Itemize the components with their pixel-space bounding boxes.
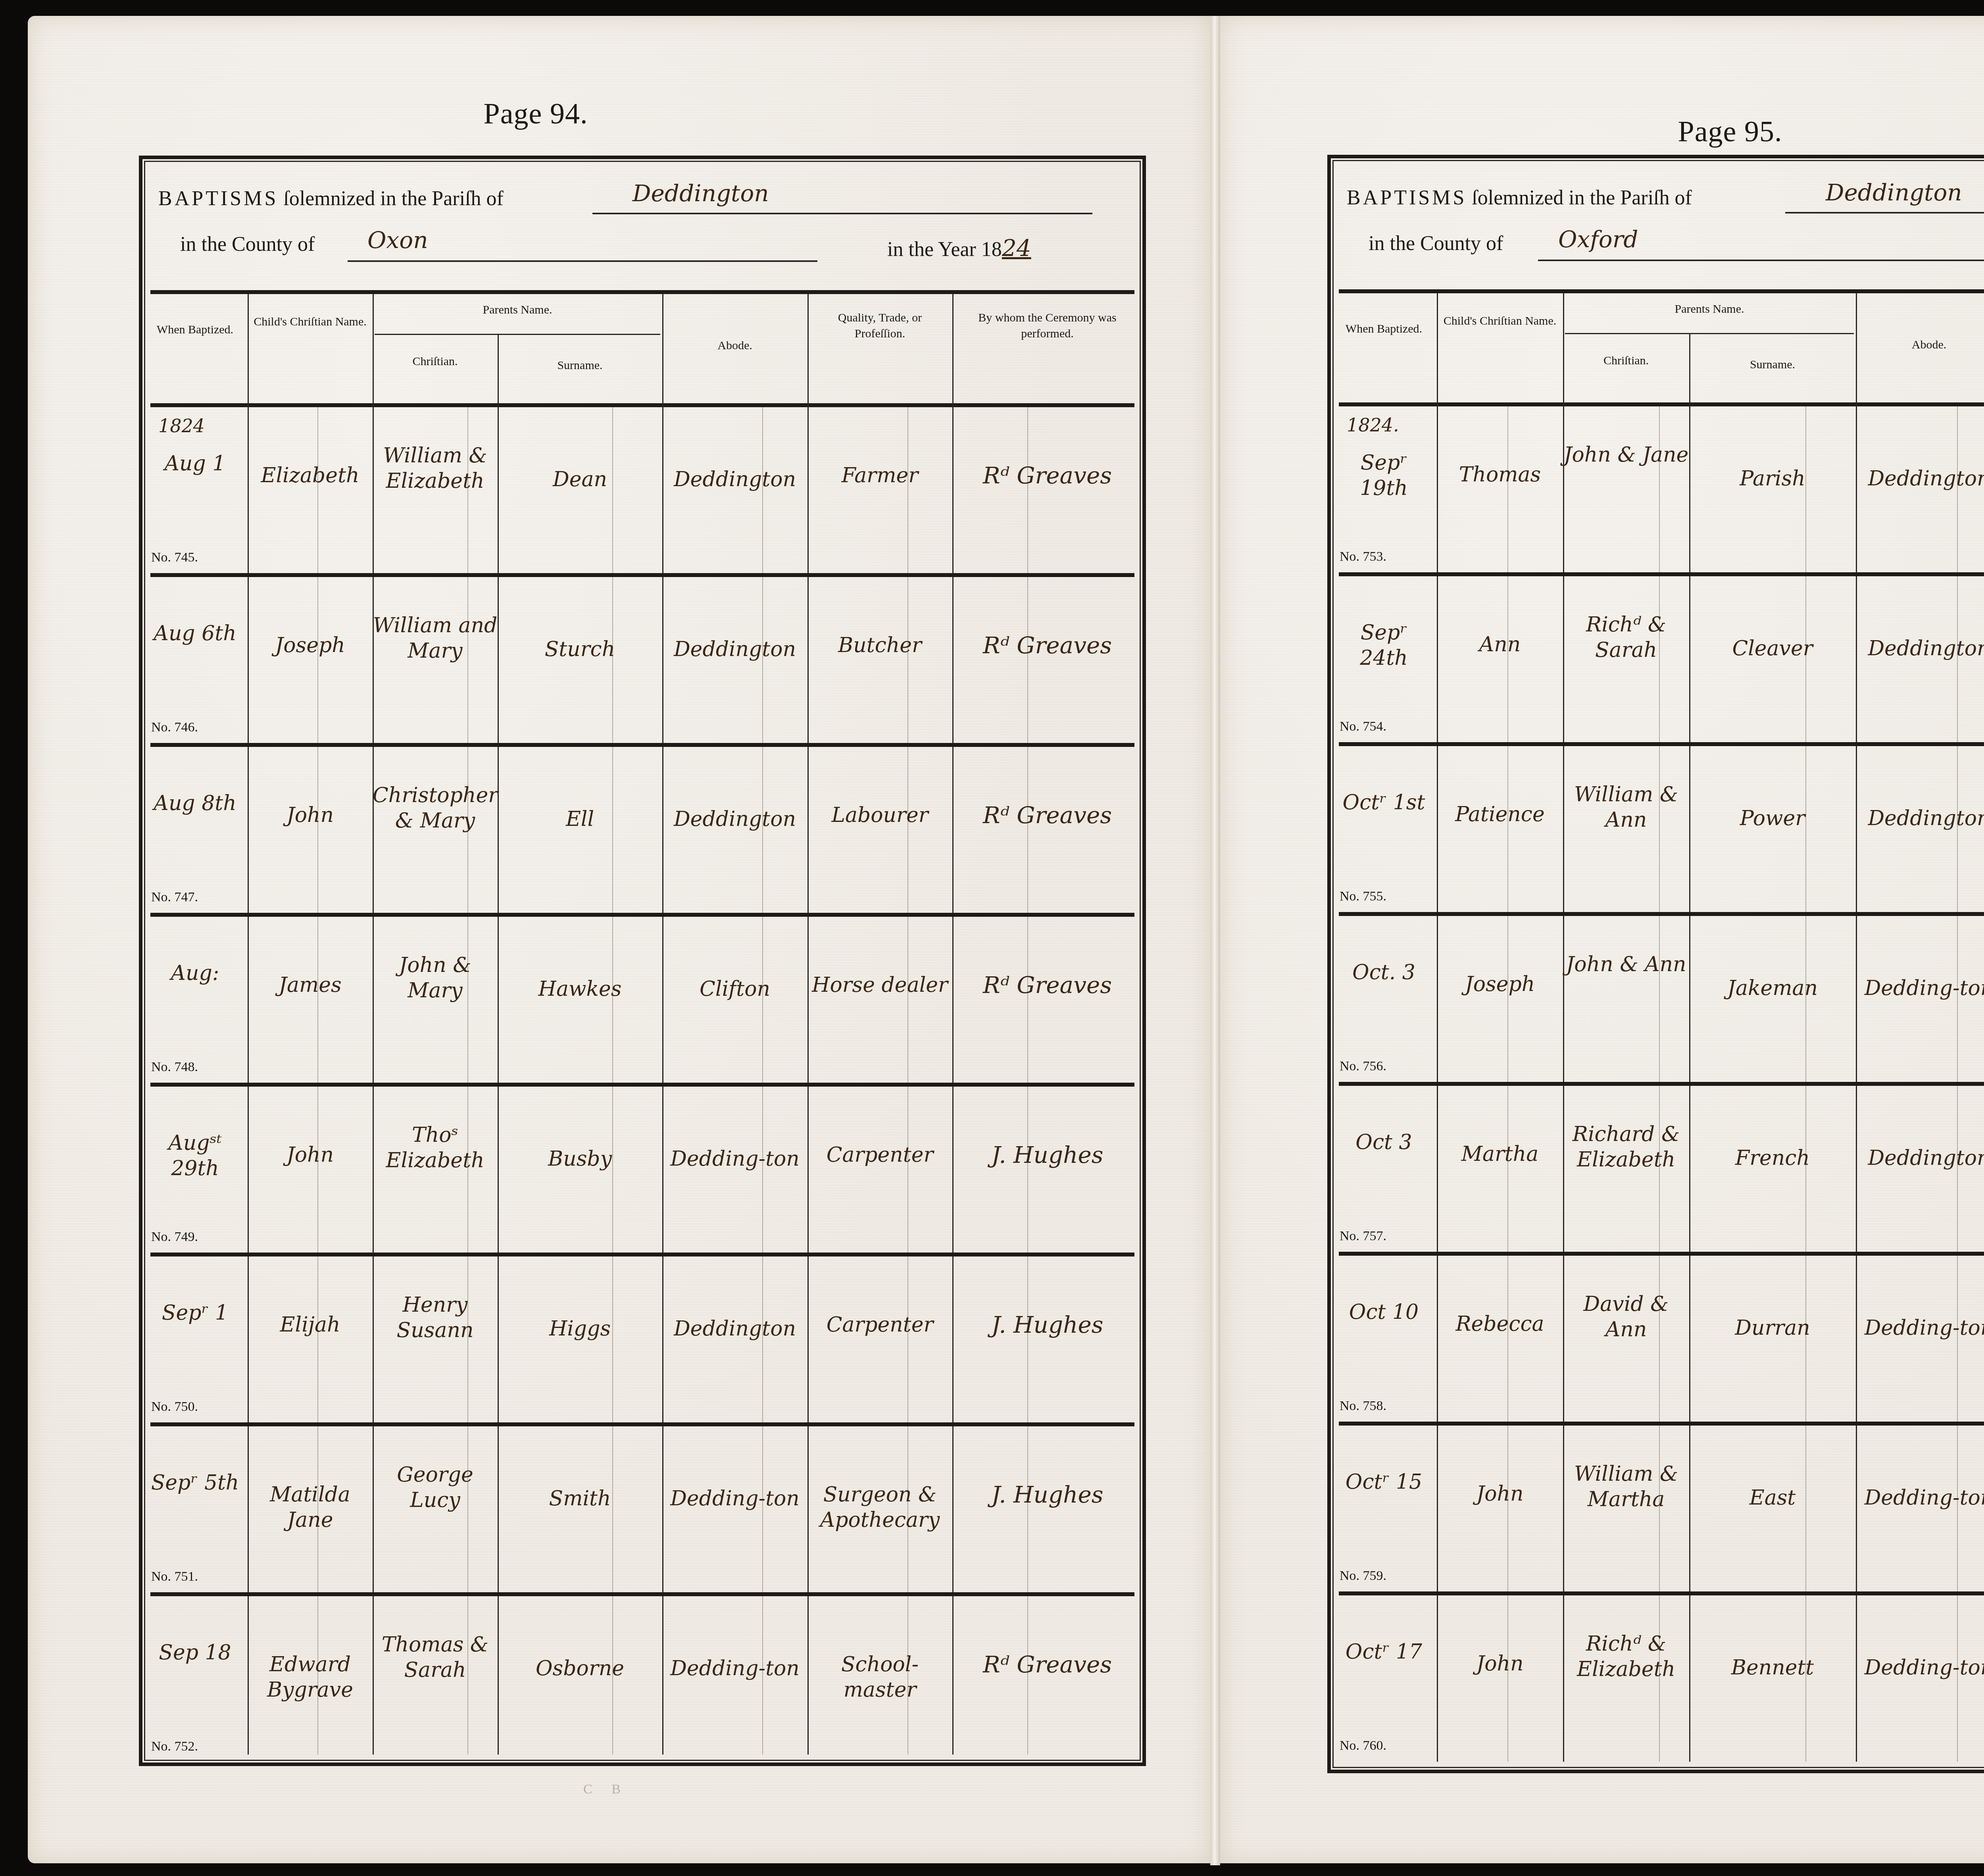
officiant-signature: J. Hughes bbox=[952, 1312, 1142, 1337]
entry-number: No. 755. bbox=[1340, 889, 1386, 904]
officiant-signature: J. Hughes bbox=[952, 1482, 1142, 1507]
entry-year-note: 1824 bbox=[158, 415, 205, 437]
child-christian-name: Martha bbox=[1437, 1141, 1563, 1167]
parents-surname: Durran bbox=[1689, 1315, 1856, 1341]
book-gutter bbox=[1210, 16, 1220, 1865]
abode: Dedding-ton bbox=[662, 1656, 807, 1681]
column-header-parents-christian: Chriſtian. bbox=[1563, 353, 1689, 369]
parents-surname: Osborne bbox=[498, 1656, 662, 1681]
entry-rule bbox=[150, 1253, 1134, 1256]
officiant-signature: Rᵈ Greaves bbox=[952, 463, 1142, 488]
baptism-register-table: BAPTISMS ſolemnized in the Pariſh of Ded… bbox=[1327, 155, 1984, 1773]
quality-trade: Horse dealer bbox=[807, 972, 952, 998]
heading-rule bbox=[1339, 289, 1984, 293]
column-header-by-whom: By whom the Ceremony was performed. bbox=[968, 310, 1127, 342]
baptism-date: Sepʳ 1 bbox=[146, 1300, 244, 1326]
parents-surname: Sturch bbox=[498, 637, 662, 662]
column-headers: When Baptized. Child's Chriſtian Name. P… bbox=[142, 294, 1142, 403]
county-name: Oxon bbox=[367, 227, 428, 254]
parents-surname: Power bbox=[1689, 806, 1856, 831]
column-headers: When Baptized. Child's Chriſtian Name. P… bbox=[1331, 293, 1984, 402]
baptism-date: Sepʳ 19th bbox=[1335, 450, 1433, 501]
abode: Deddington bbox=[1856, 806, 1984, 831]
parish-fill-line bbox=[1785, 212, 1984, 214]
abode: Dedding-ton bbox=[1856, 1485, 1984, 1510]
parents-christian-names: William & Elizabeth bbox=[373, 443, 498, 494]
entry-rule bbox=[1339, 1591, 1984, 1595]
baptism-entry-row: Oct 10 Rebecca David & Ann Durran Deddin… bbox=[1331, 1256, 1984, 1426]
register-heading: BAPTISMS ſolemnized in the Pariſh of Ded… bbox=[1331, 158, 1984, 289]
parents-surname: French bbox=[1689, 1145, 1856, 1171]
parents-subdivider bbox=[1565, 333, 1854, 334]
column-header-abode: Abode. bbox=[662, 338, 807, 354]
abode: Dedding-ton bbox=[662, 1486, 807, 1511]
entry-rule bbox=[150, 743, 1134, 747]
entry-number: No. 753. bbox=[1340, 549, 1386, 564]
column-header-rule bbox=[150, 403, 1134, 407]
child-christian-name: Elijah bbox=[248, 1312, 373, 1337]
entry-number: No. 757. bbox=[1340, 1229, 1386, 1244]
abode: Dedding-ton bbox=[1856, 1655, 1984, 1680]
child-christian-name: James bbox=[248, 972, 373, 998]
page-number: Page 94. bbox=[417, 97, 655, 131]
entry-number: No. 745. bbox=[151, 550, 198, 565]
quality-trade: Farmer bbox=[807, 463, 952, 488]
officiant-signature: Rᵈ Greaves bbox=[952, 1652, 1142, 1677]
baptism-entry-row: Aug 6th Joseph William and Mary Sturch D… bbox=[142, 577, 1142, 747]
entry-number: No. 750. bbox=[151, 1399, 198, 1414]
abode: Deddington bbox=[662, 806, 807, 832]
abode: Dedding-ton bbox=[662, 1146, 807, 1172]
baptism-date: Aug 8th bbox=[146, 791, 244, 816]
parish-name: Deddington bbox=[1826, 179, 1962, 206]
parents-christian-names: Thomas & Sarah bbox=[373, 1632, 498, 1683]
page-number: Page 95. bbox=[1611, 115, 1849, 149]
parents-subdivider bbox=[375, 334, 660, 335]
parents-christian-names: John & Ann bbox=[1563, 952, 1689, 977]
entry-number: No. 747. bbox=[151, 890, 198, 905]
entry-number: No. 746. bbox=[151, 720, 198, 735]
column-header-abode: Abode. bbox=[1856, 337, 1984, 353]
column-header-rule bbox=[1339, 402, 1984, 406]
baptism-entry-row: Octʳ 1st Patience William & Ann Power De… bbox=[1331, 746, 1984, 916]
child-christian-name: John bbox=[1437, 1651, 1563, 1676]
entry-rule bbox=[1339, 912, 1984, 916]
baptism-date: Aug 1 bbox=[146, 451, 244, 476]
abode: Deddington bbox=[1856, 466, 1984, 491]
child-christian-name: Rebecca bbox=[1437, 1311, 1563, 1337]
parents-surname: Jakeman bbox=[1689, 976, 1856, 1001]
baptism-entry-row: 1824. Sepʳ 19th Thomas John & Jane Paris… bbox=[1331, 406, 1984, 576]
baptism-register-table: BAPTISMS ſolemnized in the Pariſh of Ded… bbox=[139, 156, 1146, 1766]
abode: Clifton bbox=[662, 976, 807, 1002]
heading-parish-label: ſolemnized in the Pariſh of bbox=[283, 187, 504, 210]
parents-surname: Smith bbox=[498, 1486, 662, 1511]
baptism-date: Aug: bbox=[146, 960, 244, 986]
baptism-date: Octʳ 15 bbox=[1335, 1469, 1433, 1495]
entry-rule bbox=[150, 573, 1134, 577]
entry-rule bbox=[150, 913, 1134, 917]
parents-surname: Cleaver bbox=[1689, 636, 1856, 661]
heading-county-label: in the County of bbox=[180, 233, 315, 256]
entry-number: No. 759. bbox=[1340, 1568, 1386, 1584]
abode: Deddington bbox=[1856, 1145, 1984, 1171]
child-christian-name: John bbox=[248, 802, 373, 828]
heading-prefix: BAPTISMS bbox=[158, 187, 278, 210]
quality-trade: Carpenter bbox=[807, 1142, 952, 1168]
parents-christian-names: John & Jane bbox=[1563, 442, 1689, 468]
entry-number: No. 758. bbox=[1340, 1399, 1386, 1414]
parents-christian-names: John & Mary bbox=[373, 952, 498, 1003]
baptism-date: Octʳ 1st bbox=[1335, 790, 1433, 815]
parish-name: Deddington bbox=[632, 180, 769, 207]
parents-surname: Hawkes bbox=[498, 976, 662, 1002]
heading-line-parish: BAPTISMS ſolemnized in the Pariſh of bbox=[1347, 186, 1692, 210]
column-header-child: Child's Chriſtian Name. bbox=[1437, 313, 1563, 329]
entry-rule bbox=[1339, 1252, 1984, 1256]
abode: Deddington bbox=[662, 1316, 807, 1341]
abode: Dedding-ton bbox=[1856, 1315, 1984, 1341]
baptism-entry-row: 1824 Aug 1 Elizabeth William & Elizabeth… bbox=[142, 407, 1142, 577]
quality-trade: Surgeon & Apothecary bbox=[807, 1482, 952, 1533]
child-christian-name: John bbox=[1437, 1481, 1563, 1507]
baptism-entry-row: Aug 8th John Christopher & Mary Ell Dedd… bbox=[142, 747, 1142, 917]
quality-trade: School-master bbox=[807, 1652, 952, 1703]
entry-number: No. 760. bbox=[1340, 1738, 1386, 1753]
baptism-date: Oct 3 bbox=[1335, 1129, 1433, 1155]
baptism-date: Oct. 3 bbox=[1335, 960, 1433, 985]
register-heading: BAPTISMS ſolemnized in the Pariſh of Ded… bbox=[142, 159, 1142, 290]
entry-number: No. 749. bbox=[151, 1230, 198, 1245]
child-christian-name: Joseph bbox=[248, 633, 373, 658]
baptism-entry-row: Sep 18 Edward Bygrave Thomas & Sarah Osb… bbox=[142, 1596, 1142, 1766]
quality-trade: Labourer bbox=[807, 802, 952, 828]
column-header-when: When Baptized. bbox=[1331, 321, 1437, 337]
child-christian-name: Joseph bbox=[1437, 972, 1563, 997]
baptism-date: Octʳ 17 bbox=[1335, 1639, 1433, 1664]
baptism-date: Aug 6th bbox=[146, 621, 244, 646]
baptism-entry-row: Sepʳ 1 Elijah Henry Susann Higgs Dedding… bbox=[142, 1256, 1142, 1426]
child-christian-name: Thomas bbox=[1437, 462, 1563, 487]
entry-rule bbox=[150, 1422, 1134, 1426]
parents-surname: Busby bbox=[498, 1146, 662, 1172]
entry-number: No. 751. bbox=[151, 1569, 198, 1584]
column-header-parents: Parents Name. bbox=[373, 302, 662, 318]
baptism-date: Oct 10 bbox=[1335, 1299, 1433, 1325]
officiant-signature: Rᵈ Greaves bbox=[952, 802, 1142, 828]
parents-christian-names: George Lucy bbox=[373, 1462, 498, 1513]
year-suffix: 24 bbox=[1002, 235, 1031, 262]
child-christian-name: Patience bbox=[1437, 802, 1563, 827]
parents-christian-names: William & Martha bbox=[1563, 1461, 1689, 1512]
parents-surname: Parish bbox=[1689, 466, 1856, 491]
entry-rule bbox=[150, 1083, 1134, 1087]
heading-county-label: in the County of bbox=[1369, 232, 1503, 255]
baptism-date: Sepʳ 5th bbox=[146, 1470, 244, 1495]
parents-christian-names: David & Ann bbox=[1563, 1291, 1689, 1342]
parents-surname: Ell bbox=[498, 806, 662, 832]
parents-christian-names: Richᵈ & Sarah bbox=[1563, 612, 1689, 663]
county-fill-line bbox=[348, 260, 817, 262]
heading-prefix: BAPTISMS bbox=[1347, 187, 1467, 209]
entry-rule bbox=[1339, 572, 1984, 576]
quality-trade: Butcher bbox=[807, 633, 952, 658]
entry-rule bbox=[1339, 1422, 1984, 1426]
heading-rule bbox=[150, 290, 1134, 294]
abode: Deddington bbox=[662, 467, 807, 492]
heading-year-label: in the Year 18 bbox=[887, 238, 1002, 261]
parents-christian-names: William and Mary bbox=[373, 613, 498, 664]
parents-christian-names: Henry Susann bbox=[373, 1292, 498, 1343]
baptism-date: Augˢᵗ 29th bbox=[146, 1130, 244, 1181]
parents-christian-names: Christopher & Mary bbox=[373, 783, 498, 833]
entry-rule bbox=[1339, 1082, 1984, 1086]
column-header-quality: Quality, Trade, or Profeſſion. bbox=[819, 310, 940, 342]
baptism-entry-row: Sepʳ 5th Matilda Jane George Lucy Smith … bbox=[142, 1426, 1142, 1596]
abode: Dedding-ton bbox=[1856, 976, 1984, 1001]
abode: Deddington bbox=[662, 637, 807, 662]
column-header-parents-surname: Surname. bbox=[1689, 357, 1856, 373]
parish-fill-line bbox=[592, 213, 1092, 214]
footer-mark: C B bbox=[583, 1782, 629, 1797]
column-header-parents-surname: Surname. bbox=[498, 358, 662, 373]
column-header-child: Child's Chriſtian Name. bbox=[248, 314, 373, 330]
entry-number: No. 748. bbox=[151, 1060, 198, 1075]
heading-line-parish: BAPTISMS ſolemnized in the Pariſh of bbox=[158, 187, 504, 210]
baptism-date: Sep 18 bbox=[146, 1640, 244, 1665]
column-header-parents-christian: Chriſtian. bbox=[373, 354, 498, 369]
heading-line-county: in the County of bbox=[1369, 232, 1503, 255]
baptism-entry-row: Sepʳ 24th Ann Richᵈ & Sarah Cleaver Dedd… bbox=[1331, 576, 1984, 746]
child-christian-name: Ann bbox=[1437, 632, 1563, 657]
baptism-entry-row: Octʳ 17 John Richᵈ & Elizabeth Bennett D… bbox=[1331, 1595, 1984, 1765]
parents-christian-names: Richard & Elizabeth bbox=[1563, 1122, 1689, 1172]
child-christian-name: Edward Bygrave bbox=[248, 1652, 373, 1703]
baptism-entry-row: Oct 3 Martha Richard & Elizabeth French … bbox=[1331, 1086, 1984, 1256]
entry-number: No. 752. bbox=[151, 1739, 198, 1754]
baptism-date: Sepʳ 24th bbox=[1335, 620, 1433, 671]
baptism-entry-row: Augˢᵗ 29th John Thoˢ Elizabeth Busby Ded… bbox=[142, 1087, 1142, 1256]
parents-christian-names: Thoˢ Elizabeth bbox=[373, 1122, 498, 1173]
baptism-entry-row: Aug: James John & Mary Hawkes Clifton Ho… bbox=[142, 917, 1142, 1087]
officiant-signature: Rᵈ Greaves bbox=[952, 633, 1142, 658]
heading-line-county: in the County of bbox=[180, 233, 315, 256]
column-header-parents: Parents Name. bbox=[1563, 301, 1856, 317]
baptism-entry-row: Oct. 3 Joseph John & Ann Jakeman Dedding… bbox=[1331, 916, 1984, 1086]
parents-surname: Higgs bbox=[498, 1316, 662, 1341]
county-name: Oxford bbox=[1558, 226, 1638, 253]
parents-surname: Dean bbox=[498, 467, 662, 492]
entry-rule bbox=[1339, 742, 1984, 746]
heading-line-year: in the Year 1824 bbox=[887, 235, 1031, 262]
entry-number: No. 754. bbox=[1340, 719, 1386, 734]
parents-christian-names: William & Ann bbox=[1563, 782, 1689, 833]
parents-surname: Bennett bbox=[1689, 1655, 1856, 1680]
quality-trade: Carpenter bbox=[807, 1312, 952, 1337]
parents-christian-names: Richᵈ & Elizabeth bbox=[1563, 1631, 1689, 1682]
column-header-when: When Baptized. bbox=[142, 322, 248, 338]
heading-parish-label: ſolemnized in the Pariſh of bbox=[1472, 187, 1692, 209]
child-christian-name: John bbox=[248, 1142, 373, 1168]
child-christian-name: Elizabeth bbox=[248, 463, 373, 488]
entry-year-note: 1824. bbox=[1347, 414, 1399, 436]
county-fill-line bbox=[1538, 260, 1984, 261]
entry-rule bbox=[150, 1592, 1134, 1596]
officiant-signature: Rᵈ Greaves bbox=[952, 972, 1142, 998]
officiant-signature: J. Hughes bbox=[952, 1142, 1142, 1168]
baptism-entry-row: Octʳ 15 John William & Martha East Deddi… bbox=[1331, 1426, 1984, 1595]
entry-number: No. 756. bbox=[1340, 1059, 1386, 1074]
child-christian-name: Matilda Jane bbox=[248, 1482, 373, 1533]
abode: Deddington bbox=[1856, 636, 1984, 661]
parents-surname: East bbox=[1689, 1485, 1856, 1510]
